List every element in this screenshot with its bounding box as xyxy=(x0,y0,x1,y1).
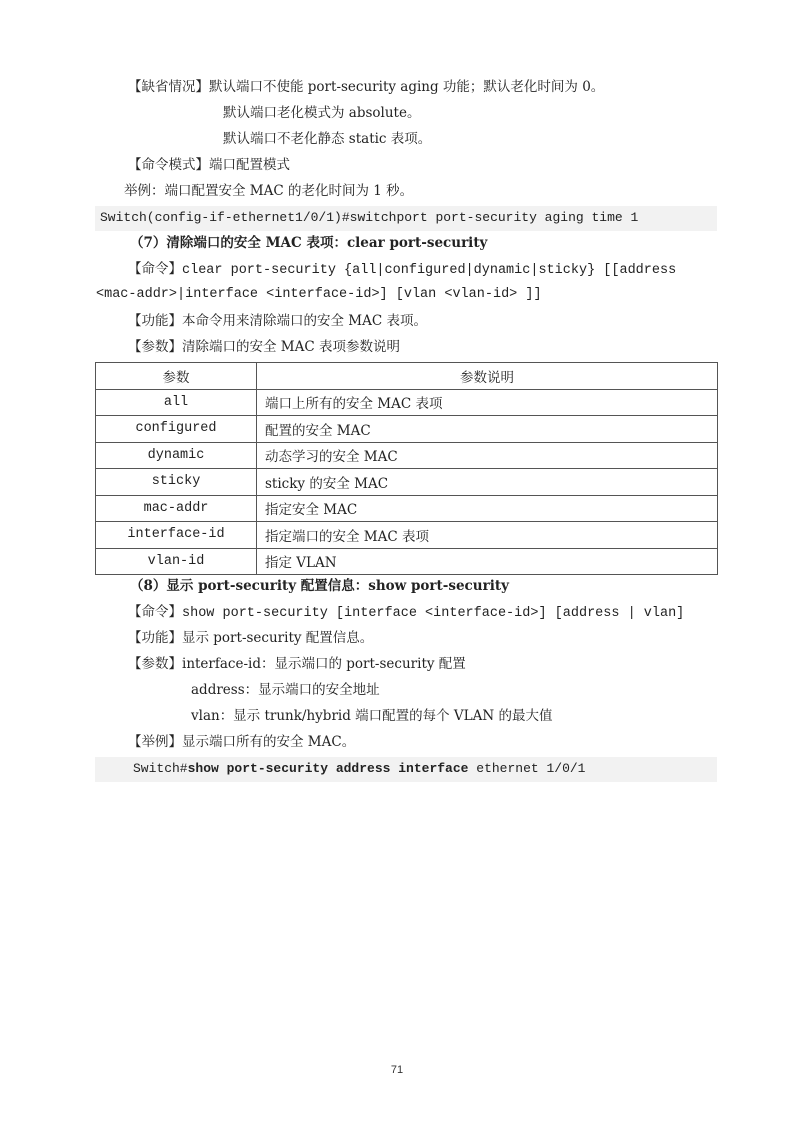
section-7-function: 【功能】本命令用来清除端口的安全 MAC 表项。 xyxy=(128,311,427,331)
params-table: 参数 参数说明 all端口上所有的安全 MAC 表项 configured配置的… xyxy=(95,362,718,575)
defaults-text-1: 默认端口不使能 port-security aging 功能；默认老化时间为 0… xyxy=(209,79,604,95)
param-label: 【参数】 xyxy=(128,339,182,355)
table-row: configured配置的安全 MAC xyxy=(96,416,718,443)
example-text: 显示端口所有的安全 MAC。 xyxy=(182,734,355,750)
param-cell: interface-id xyxy=(96,522,257,549)
cmd-label: 【命令】 xyxy=(128,604,182,620)
desc-cell: 指定 VLAN xyxy=(257,548,718,575)
mode-text: 端口配置模式 xyxy=(209,157,290,173)
example-1-text: 举例：端口配置安全 MAC 的老化时间为 1 秒。 xyxy=(124,181,413,201)
param-1: interface-id：显示端口的 port-security 配置 xyxy=(182,656,466,672)
defaults-line-3: 默认端口不老化静态 static 表项。 xyxy=(223,129,431,149)
param-text: 清除端口的安全 MAC 表项参数说明 xyxy=(182,339,400,355)
desc-cell: sticky 的安全 MAC xyxy=(257,469,718,496)
section-8-param-2: address：显示端口的安全地址 xyxy=(191,680,380,700)
code-bold: show port-security address interface xyxy=(188,761,469,776)
param-cell: sticky xyxy=(96,469,257,496)
table-row: interface-id指定端口的安全 MAC 表项 xyxy=(96,522,718,549)
table-row: vlan-id指定 VLAN xyxy=(96,548,718,575)
table-header-row: 参数 参数说明 xyxy=(96,363,718,390)
section-7-params: 【参数】清除端口的安全 MAC 表项参数说明 xyxy=(128,337,400,357)
func-text: 本命令用来清除端口的安全 MAC 表项。 xyxy=(182,313,427,329)
section-7-heading: （7）清除端口的安全 MAC 表项：clear port-security xyxy=(130,233,487,253)
example-label: 【举例】 xyxy=(128,734,182,750)
command-mode: 【命令模式】端口配置模式 xyxy=(128,155,290,175)
mode-label: 【命令模式】 xyxy=(128,157,209,173)
code-suffix: ethernet 1/0/1 xyxy=(468,761,585,776)
defaults-line-1: 【缺省情况】默认端口不使能 port-security aging 功能；默认老… xyxy=(128,77,604,97)
section-7-command-cont: <mac-addr>|interface <interface-id>] [vl… xyxy=(96,285,542,305)
cmd-text: show port-security [interface <interface… xyxy=(182,606,684,621)
desc-cell: 指定安全 MAC xyxy=(257,495,718,522)
table-row: stickysticky 的安全 MAC xyxy=(96,469,718,496)
code-line-2: Switch#show port-security address interf… xyxy=(133,759,586,779)
table-row: mac-addr指定安全 MAC xyxy=(96,495,718,522)
desc-cell: 端口上所有的安全 MAC 表项 xyxy=(257,389,718,416)
section-8-example: 【举例】显示端口所有的安全 MAC。 xyxy=(128,732,355,752)
cmd-label: 【命令】 xyxy=(128,261,182,277)
defaults-label: 【缺省情况】 xyxy=(128,79,209,95)
param-label: 【参数】 xyxy=(128,656,182,672)
defaults-line-2: 默认端口老化模式为 absolute。 xyxy=(223,103,420,123)
cmd-text-1: clear port-security {all|configured|dyna… xyxy=(182,263,676,278)
desc-cell: 指定端口的安全 MAC 表项 xyxy=(257,522,718,549)
code-prefix: Switch# xyxy=(133,761,188,776)
section-8-params: 【参数】interface-id：显示端口的 port-security 配置 xyxy=(128,654,466,674)
func-label: 【功能】 xyxy=(128,313,182,329)
param-cell: configured xyxy=(96,416,257,443)
param-cell: mac-addr xyxy=(96,495,257,522)
section-8-heading: （8）显示 port-security 配置信息：show port-secur… xyxy=(130,576,509,596)
func-text: 显示 port-security 配置信息。 xyxy=(182,630,373,646)
section-8-param-3: vlan：显示 trunk/hybrid 端口配置的每个 VLAN 的最大值 xyxy=(191,706,553,726)
code-line-1: Switch(config-if-ethernet1/0/1)#switchpo… xyxy=(100,208,638,228)
section-8-function: 【功能】显示 port-security 配置信息。 xyxy=(128,628,373,648)
param-cell: all xyxy=(96,389,257,416)
table-row: all端口上所有的安全 MAC 表项 xyxy=(96,389,718,416)
table-header-param: 参数 xyxy=(96,363,257,390)
desc-cell: 配置的安全 MAC xyxy=(257,416,718,443)
table-header-desc: 参数说明 xyxy=(257,363,718,390)
param-cell: dynamic xyxy=(96,442,257,469)
section-8-command: 【命令】show port-security [interface <inter… xyxy=(128,602,684,624)
param-cell: vlan-id xyxy=(96,548,257,575)
table-row: dynamic动态学习的安全 MAC xyxy=(96,442,718,469)
section-7-command: 【命令】clear port-security {all|configured|… xyxy=(128,259,676,281)
func-label: 【功能】 xyxy=(128,630,182,646)
desc-cell: 动态学习的安全 MAC xyxy=(257,442,718,469)
page-number: 71 xyxy=(0,1064,794,1076)
